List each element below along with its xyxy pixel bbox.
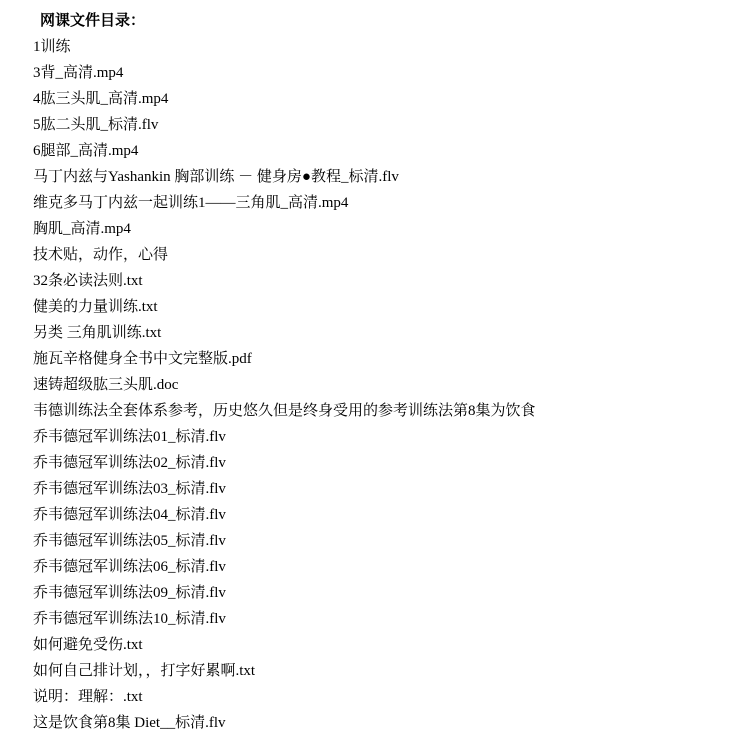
file-list-item: 32条必读法则.txt	[33, 268, 740, 294]
file-list-item: 速铸超级肱三头肌.doc	[33, 372, 740, 398]
file-list-item: 3背_高清.mp4	[33, 60, 740, 86]
file-list-item: 胸肌_高清.mp4	[33, 216, 740, 242]
file-list-item: 4肱三头肌_高清.mp4	[33, 86, 740, 112]
file-list-item: 技术贴，动作，心得	[33, 242, 740, 268]
file-list-item: 乔韦德冠军训练法06_标清.flv	[33, 554, 740, 580]
file-list-item: 马丁内兹与Yashankin 胸部训练 － 健身房●教程_标清.flv	[33, 164, 740, 190]
file-list-item: 说明：理解：.txt	[33, 684, 740, 710]
file-list-item: 乔韦德冠军训练法03_标清.flv	[33, 476, 740, 502]
file-list-item: 这是饮食第8集 Diet__标清.flv	[33, 710, 740, 736]
file-list-item: 5肱二头肌_标清.flv	[33, 112, 740, 138]
file-list-item: 乔韦德冠军训练法10_标清.flv	[33, 606, 740, 632]
file-list-item: 乔韦德冠军训练法01_标清.flv	[33, 424, 740, 450]
file-list-item: 乔韦德冠军训练法05_标清.flv	[33, 528, 740, 554]
file-list-item: 1训练	[33, 34, 740, 60]
file-list-item: 乔韦德冠军训练法09_标清.flv	[33, 580, 740, 606]
file-list-item: 另类 三角肌训练.txt	[33, 320, 740, 346]
document-page: 网课文件目录： 1训练3背_高清.mp44肱三头肌_高清.mp45肱二头肌_标清…	[0, 0, 750, 744]
file-list: 1训练3背_高清.mp44肱三头肌_高清.mp45肱二头肌_标清.flv6腿部_…	[33, 34, 740, 736]
page-title: 网课文件目录：	[33, 8, 740, 34]
file-list-item: 乔韦德冠军训练法04_标清.flv	[33, 502, 740, 528]
file-list-item: 韦德训练法全套体系参考，历史悠久但是终身受用的参考训练法第8集为饮食	[33, 398, 740, 424]
file-list-item: 健美的力量训练.txt	[33, 294, 740, 320]
file-list-item: 如何自己排计划，，打字好累啊.txt	[33, 658, 740, 684]
file-list-item: 维克多马丁内兹一起训练1——三角肌_高清.mp4	[33, 190, 740, 216]
file-list-item: 乔韦德冠军训练法02_标清.flv	[33, 450, 740, 476]
file-list-item: 如何避免受伤.txt	[33, 632, 740, 658]
file-list-item: 6腿部_高清.mp4	[33, 138, 740, 164]
file-list-item: 施瓦辛格健身全书中文完整版.pdf	[33, 346, 740, 372]
